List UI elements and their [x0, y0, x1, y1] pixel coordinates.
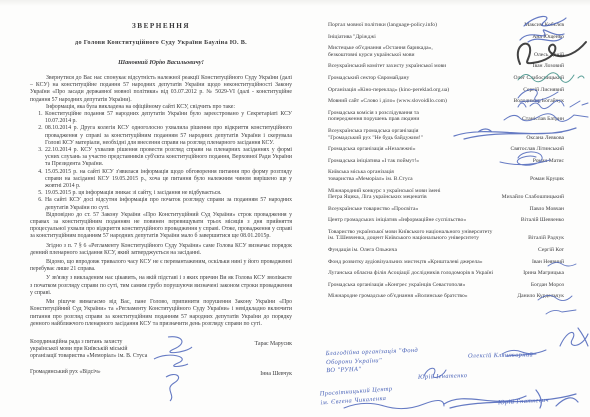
letter-body: Звернутися до Вас нас спонукає відсутніс…: [30, 75, 292, 328]
signatory-row: Громадська організація «Незалежні»Святос…: [328, 146, 564, 153]
letter-paragraph: У зв'язку з викладеним нас цікавить, на …: [30, 275, 292, 297]
letter-intro-2: Інформація, яка була викладена на офіцій…: [30, 104, 292, 111]
signature: [148, 333, 200, 406]
signatory-row: Всеукраїнський комітет захисту українськ…: [328, 63, 564, 70]
signatory-org: Ініціатива "Дріжджі: [328, 34, 376, 41]
signatory-row: Організація «Кіно-переклад» (kino-perekl…: [328, 87, 564, 94]
signatory-org: Фундація ім. Олега Ольжича: [328, 247, 397, 254]
letter-paragraphs: Відповідно до ст. 57 Закону України «Про…: [30, 212, 292, 328]
signatory-name: Станіслав Батрин: [522, 116, 564, 123]
signatory-org: Портал мовної політики (language-policy.…: [328, 22, 437, 29]
signoff-name: Тарас Марусик: [255, 339, 292, 348]
letter-addressee: до Голови Конституційного Суду України Б…: [30, 39, 292, 46]
signatory-row: Портал мовної політики (language-policy.…: [328, 22, 564, 29]
letter-paragraph: Відомо, що впродовж тривалого часу КСУ н…: [30, 259, 292, 273]
signatory-name: Сергій Кот: [538, 247, 564, 254]
letter-paragraph: Згідно з п. 7 § 6 «Регламенту Конституці…: [30, 243, 292, 257]
signoff-org: Громадянський рух «Відсіч»: [30, 369, 101, 376]
signatory-org: Всеукраїнський комітет захисту українськ…: [328, 63, 446, 70]
signatory-org: Мовний сайт «Слово і діло» (www.slovoidi…: [328, 98, 447, 105]
signatory-name: Олесь Доній: [534, 52, 564, 59]
letter-list-item: 22.10.2014 р. КСУ ухвалив рішення провес…: [44, 147, 292, 169]
signatory-org: Луганська обласна філія Асоціації дослід…: [328, 270, 493, 277]
signatory-org: Всеукраїнське товариство «Просвіта»: [328, 206, 418, 213]
signatory-name: Павло Мовчан: [530, 206, 564, 213]
signatory-row: Ініціатива "ДріжджіАна Ющенко: [328, 34, 564, 41]
letter-page: ЗВЕРНЕННЯ до Голови Конституційного Суду…: [30, 12, 292, 378]
signatory-row: Громадська організація «Конгрес українці…: [328, 282, 564, 289]
letter-list-item: 15.05.2015 р. на сайті КСУ з'явилася інф…: [44, 169, 292, 191]
signatory-name: Ірина Магрицька: [523, 270, 564, 277]
signatory-name: Віталій Радчук: [528, 235, 564, 242]
handwritten-org: Просвітницький Центр ім. Євгена Чикаленк…: [320, 381, 451, 407]
letter-salutation: Шановний Юрію Васильовичу!: [30, 59, 292, 66]
signatory-row: Громадський сектор ЄвромайдануОлег Слабо…: [328, 75, 564, 82]
letter-list-item: 08.10.2014 р. Друга колегія КСУ одноголо…: [44, 125, 292, 147]
signatory-name: Ана Ющенко: [532, 34, 564, 41]
signatory-org: Фонд розвитку аудіовізуальних мистецтв «…: [328, 259, 483, 266]
signatory-org: Громадська ініціатива «І так поймут!»: [328, 158, 419, 165]
signatory-org: Громадський сектор Євромайдану: [328, 75, 409, 82]
signatory-row: Міжнародний конкурс з української мови і…: [328, 188, 564, 201]
signatory-name: Віталій Шевченко: [521, 217, 564, 224]
signoff-org: Координаційна рада з питань захисту укра…: [30, 339, 147, 360]
signatory-row: Фонд розвитку аудіовізуальних мистецтв «…: [328, 259, 564, 266]
signatory-name: Максим Кобєлєв: [524, 22, 564, 29]
signatory-org: Громадська організація «Конгрес українці…: [328, 282, 465, 289]
signatory-org: Громадська організація «Незалежні»: [328, 146, 416, 153]
letter-numbered-list: Конституційне подання 57 народних депута…: [30, 111, 292, 212]
signature: [544, 306, 580, 318]
signatory-name: Іван Неявний: [532, 259, 564, 266]
signatory-row: Всеукраїнська громадська організація "Гр…: [328, 128, 564, 141]
letter-paragraph: Відповідно до ст. 57 Закону України «Про…: [30, 212, 292, 241]
signatory-row: Мовний сайт «Слово і діло» (www.slovoidi…: [328, 98, 564, 105]
signatory-org: Міжнародне громадське об'єднання «Волинс…: [328, 293, 468, 300]
letter-title: ЗВЕРНЕННЯ: [30, 22, 292, 30]
letter-list-item: На сайті КСУ досі відсутня інформація пр…: [44, 197, 292, 211]
signatory-row: Громадська ініціатива «І так поймут!»Ром…: [328, 158, 564, 165]
letter-signoff: Координаційна рада з питань захисту укра…: [30, 339, 292, 378]
signatory-row: Центр громадських ініціатив «Інформаційн…: [328, 217, 564, 224]
signatory-org: Громадська комісія з розслідування та по…: [328, 110, 419, 123]
signatory-name: Володимир Богайчук: [513, 98, 564, 105]
signatory-name: Роман Круцик: [530, 176, 564, 183]
letter-list-item: Конституційне подання 57 народних депута…: [44, 111, 292, 125]
scanned-document: ЗВЕРНЕННЯ до Голови Конституційного Суду…: [0, 0, 590, 417]
signatory-name: Богдан Мороз: [531, 282, 564, 289]
handwritten-org: Благодійна організація "Фонд Оборони Укр…: [326, 346, 447, 376]
letter-paragraph: Ми рішуче вимагаємо від Вас, пане Голово…: [30, 299, 292, 328]
signatory-org: Організація «Кіно-переклад» (kino-perekl…: [328, 87, 449, 94]
signatory-name: Олег Слабоспицький: [513, 75, 564, 82]
signatory-name: Сергій Лиснявий: [523, 87, 564, 94]
signatory-list: Портал мовної політики (language-policy.…: [328, 22, 564, 305]
signatory-name: Оксана Левкова: [526, 135, 564, 142]
signatory-row: Луганська обласна філія Асоціації дослід…: [328, 270, 564, 277]
signatory-org: Київська міська організація товариства «…: [328, 169, 413, 182]
handwritten-name: Юрій Ігнатенко: [418, 372, 468, 382]
signatory-row: Міжнародне громадське об'єднання «Волинс…: [328, 293, 564, 300]
signatory-name: Роман Матис: [533, 158, 564, 165]
letter-intro: Звернутися до Вас нас спонукає відсутніс…: [30, 75, 292, 104]
signatory-name: Данило Курдельчук: [517, 293, 564, 300]
signoff-name: Інна Шевчук: [260, 369, 292, 378]
signature: [552, 326, 590, 352]
signatory-org: Мистецьке об'єднання «Остання барикада»,…: [328, 45, 433, 58]
signatory-org: Міжнародний конкурс з української мови і…: [328, 188, 441, 201]
signatory-org: Товариство української мови Київського н…: [328, 229, 492, 242]
handwritten-name: Олексій Кляшторний: [468, 351, 533, 361]
signatory-row: Київська міська організація товариства «…: [328, 169, 564, 182]
signatory-name: Михайло Слабошпицький: [502, 194, 564, 201]
signatory-org: Центр громадських ініціатив «Інформаційн…: [328, 217, 466, 224]
signatory-row: Всеукраїнське товариство «Просвіта»Павло…: [328, 206, 564, 213]
signatory-row: Мистецьке об'єднання «Остання барикада»,…: [328, 45, 564, 58]
signatory-row: Фундація ім. Олега ОльжичаСергій Кот: [328, 247, 564, 254]
signatory-page: Портал мовної політики (language-policy.…: [300, 0, 590, 417]
signatory-row: Громадська комісія з розслідування та по…: [328, 110, 564, 123]
signatory-name: Іван Лозовий: [533, 63, 564, 70]
signatory-org: Всеукраїнська громадська організація "Гр…: [328, 128, 423, 141]
signatory-name: Святослав Літинський: [511, 146, 565, 153]
signatory-row: Товариство української мови Київського н…: [328, 229, 564, 242]
handwritten-name: Юрій Гнаткевич: [498, 397, 549, 408]
